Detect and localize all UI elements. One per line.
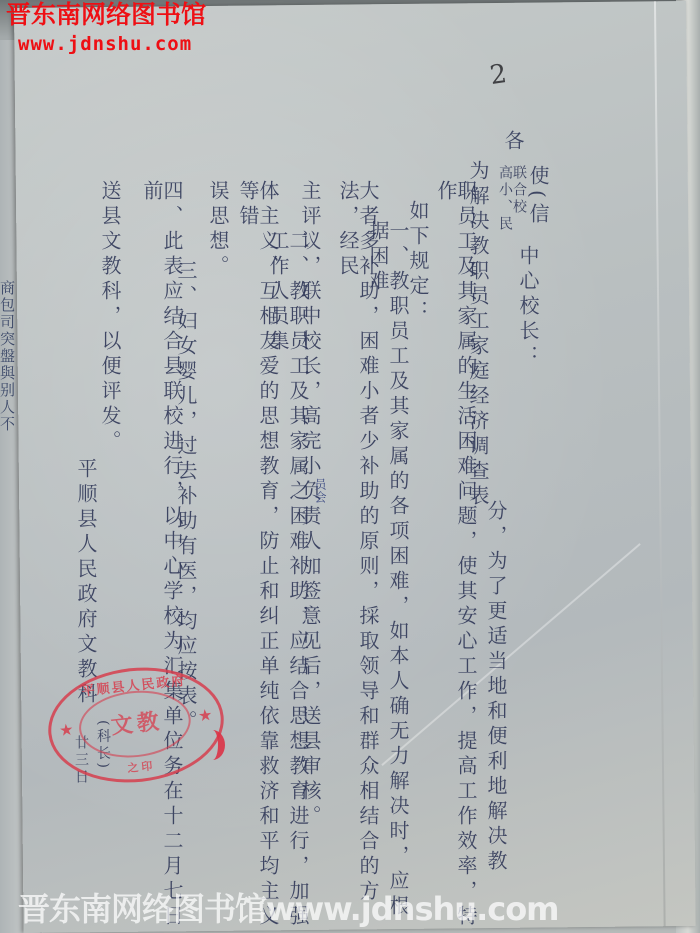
handwritten-column: 职员工及其家属的生活困难问题，使其安心工作，提高工作效率，特作 [436, 180, 476, 933]
watermark-url: www.jdnshu.com [18, 35, 192, 54]
handwritten-column: 大者多补助，困难小者少补助的原则，採取领导和群众相结合的方法，经民 [338, 180, 378, 933]
paper-fold [654, 1, 666, 926]
handwritten-column: 四、此表应结合县联校进行，以中心学校为汇集单位务在十二月七日前 [142, 180, 182, 933]
handwritten-column: 送县文教科，以便评发。 [100, 180, 120, 455]
handwritten-column: 分，为了更适当地和便利地解决教 [486, 500, 506, 875]
star-icon: ★ [197, 705, 213, 725]
handwritten-column: 如下规定： [408, 200, 428, 325]
handwritten-column: 高小、民 [498, 165, 512, 233]
handwritten-column: 误思想。 [208, 180, 228, 280]
watermark-bottom: 晋东南网络图书馆www.jdnshu.com [18, 893, 559, 925]
handwritten-column: 各 [503, 130, 523, 155]
paper-crease [381, 543, 640, 766]
handwritten-column: 联合校 [512, 165, 526, 216]
star-icon: ★ [58, 720, 74, 740]
watermark-title: 晋东南网络图书馆 [6, 2, 206, 27]
handwritten-column: 平顺县人民政府文教科 [76, 458, 96, 708]
underlying-sheet-text: 商包司突盤與别人不 [2, 280, 18, 433]
handwritten-column: 体主义、互相友爱的思想教育，防止和纠正单纯依靠救济和平均主义等错 [238, 180, 278, 933]
handwritten-column: 员会 [314, 478, 326, 504]
seal-smudge [200, 730, 225, 760]
handwritten-column: 使(信 [528, 165, 548, 228]
handwritten-column: 中心校长： [518, 245, 538, 370]
